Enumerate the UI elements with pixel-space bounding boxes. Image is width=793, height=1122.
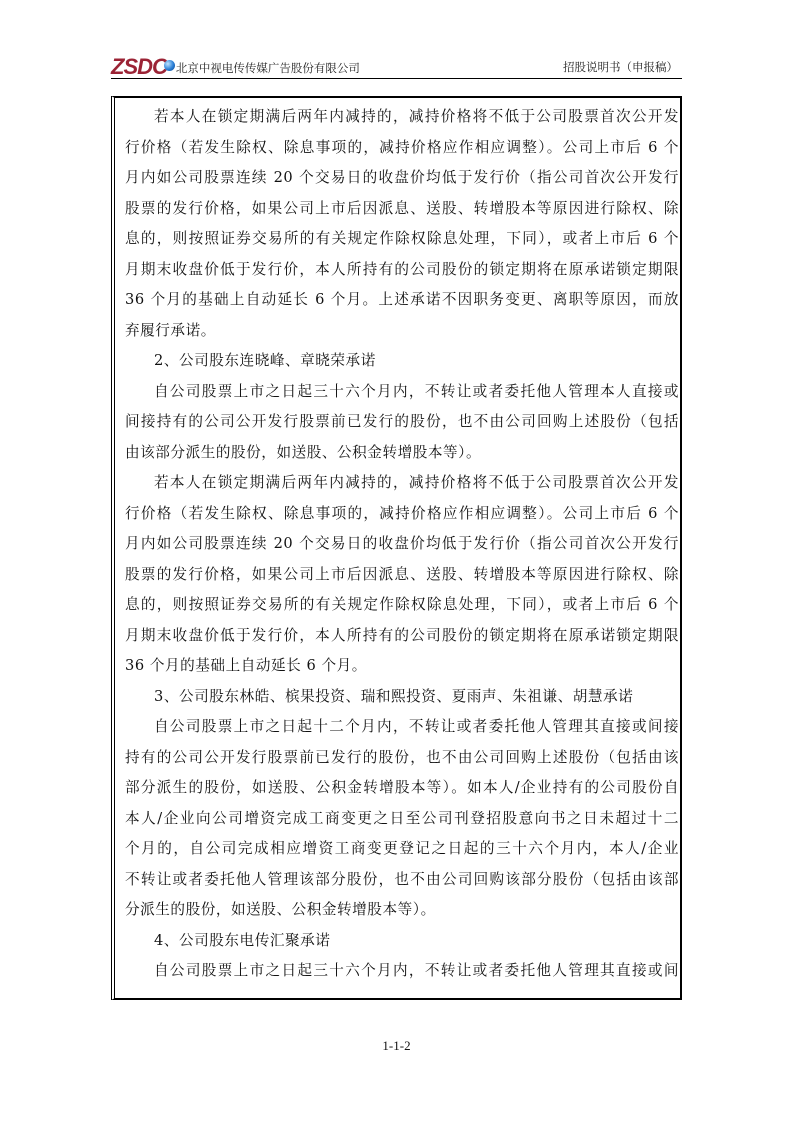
text-line: 若本人在锁定期满后两年内减持的，减持价格将不低于公司股票首次公开发 xyxy=(125,102,679,133)
text-line: 36 个月的基础上自动延长 6 个月。上述承诺不因职务变更、离职等原因，而放 xyxy=(125,285,679,316)
text-line: 4、公司股东电传汇聚承诺 xyxy=(125,926,679,957)
text-line: 分派生的股份，如送股、公积金转增股本等）。 xyxy=(125,895,679,926)
text-line: 持有的公司公开发行股票前已发行的股份，也不由公司回购上述股份（包括由该 xyxy=(125,743,679,774)
text-line: 36 个月的基础上自动延长 6 个月。 xyxy=(125,651,679,682)
text-line: 由该部分派生的股份，如送股、公积金转增股本等）。 xyxy=(125,438,679,469)
text-line: 息的，则按照证券交易所的有关规定作除权除息处理，下同），或者上市后 6 个 xyxy=(125,224,679,255)
text-line: 不转让或者委托他人管理该部分股份，也不由公司回购该部分股份（包括由该部 xyxy=(125,865,679,896)
text-line: 间接持有的公司公开发行股票前已发行的股份，也不由公司回购上述股份（包括 xyxy=(125,407,679,438)
text-line: 2、公司股东连晓峰、章晓荣承诺 xyxy=(125,346,679,377)
text-line: 弃履行承诺。 xyxy=(125,316,679,347)
text-line: 行价格（若发生除权、除息事项的，减持价格应作相应调整）。公司上市后 6 个 xyxy=(125,133,679,164)
text-line: 月内如公司股票连续 20 个交易日的收盘价均低于发行价（指公司首次公开发行 xyxy=(125,163,679,194)
text-line: 个月的，自公司完成相应增资工商变更登记之日起的三十六个月内，本人/企业 xyxy=(125,834,679,865)
text-line: 月期末收盘价低于发行价，本人所持有的公司股份的锁定期将在原承诺锁定期限 xyxy=(125,255,679,286)
text-line: 自公司股票上市之日起三十六个月内，不转让或者委托他人管理其直接或间 xyxy=(125,956,679,987)
text-line: 月内如公司股票连续 20 个交易日的收盘价均低于发行价（指公司首次公开发行 xyxy=(125,529,679,560)
document-title: 招股说明书（申报稿） xyxy=(563,59,678,75)
text-line: 自公司股票上市之日起十二个月内，不转让或者委托他人管理其直接或间接 xyxy=(125,712,679,743)
commitment-table-cell: 若本人在锁定期满后两年内减持的，减持价格将不低于公司股票首次公开发行价格（若发生… xyxy=(111,96,682,1000)
page-number: 1-1-2 xyxy=(0,1038,793,1054)
text-line: 部分派生的股份，如送股、公积金转增股本等）。如本人/企业持有的公司股份自 xyxy=(125,773,679,804)
text-line: 行价格（若发生除权、除息事项的，减持价格应作相应调整）。公司上市后 6 个 xyxy=(125,499,679,530)
text-line: 若本人在锁定期满后两年内减持的，减持价格将不低于公司股票首次公开发 xyxy=(125,468,679,499)
page-header: ZSDC 北京中视电传传媒广告股份有限公司 招股说明书（申报稿） xyxy=(111,52,682,79)
text-line: 股票的发行价格，如果公司上市后因派息、送股、转增股本等原因进行除权、除 xyxy=(125,194,679,225)
company-name: 北京中视电传传媒广告股份有限公司 xyxy=(176,61,360,75)
globe-icon xyxy=(164,60,175,71)
text-line: 息的，则按照证券交易所的有关规定作除权除息处理，下同），或者上市后 6 个 xyxy=(125,590,679,621)
text-line: 自公司股票上市之日起三十六个月内，不转让或者委托他人管理本人直接或 xyxy=(125,377,679,408)
commitment-text: 若本人在锁定期满后两年内减持的，减持价格将不低于公司股票首次公开发行价格（若发生… xyxy=(125,102,679,987)
text-line: 股票的发行价格，如果公司上市后因派息、送股、转增股本等原因进行除权、除 xyxy=(125,560,679,591)
company-logo: ZSDC 北京中视电传传媒广告股份有限公司 xyxy=(111,55,360,77)
text-line: 3、公司股东林皓、槟果投资、瑞和熙投资、夏雨声、朱祖谦、胡慧承诺 xyxy=(125,682,679,713)
text-line: 本人/企业向公司增资完成工商变更之日至公司刊登招股意向书之日未超过十二 xyxy=(125,804,679,835)
logo-wordmark: ZSDC xyxy=(111,57,167,77)
text-line: 月期末收盘价低于发行价，本人所持有的公司股份的锁定期将在原承诺锁定期限 xyxy=(125,621,679,652)
